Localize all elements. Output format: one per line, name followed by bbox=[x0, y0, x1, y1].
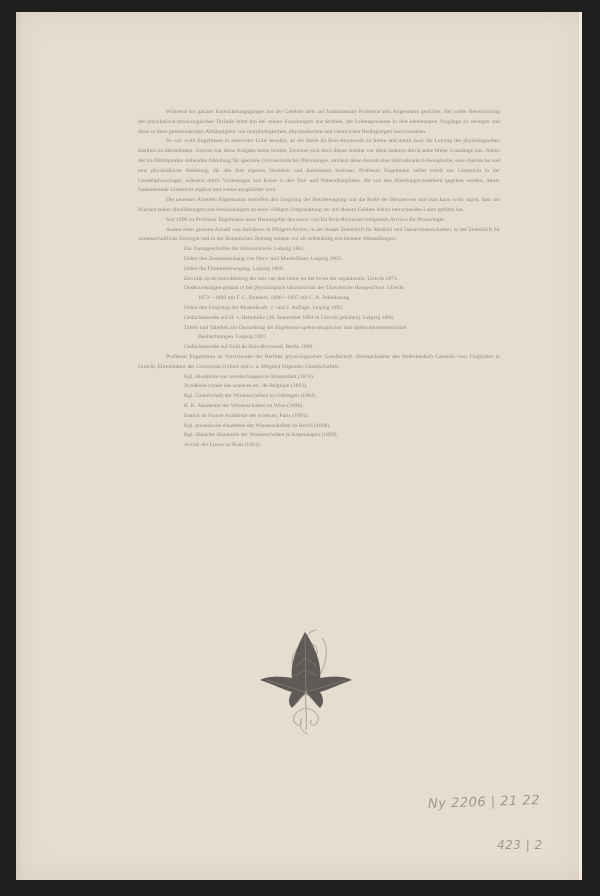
paragraph: Professor Engelmann ist Vorsitzender der… bbox=[138, 353, 500, 373]
paragraph: Ausser einer grossen Anzahl von Aufsätze… bbox=[138, 226, 500, 246]
body-text: Während des ganzen Entwickelungsganges h… bbox=[138, 108, 500, 451]
society-item: Kgl. Gesellschaft der Wissenschaften zu … bbox=[138, 392, 500, 402]
publication-item: Ueber den Zusammenhang von Nerv- und Mus… bbox=[138, 255, 500, 265]
publication-item: Gedächtnisrede auf Emil du Bois-Reymond.… bbox=[138, 343, 500, 353]
publications-list: Zur Naturgeschichte der Infusionstiere. … bbox=[138, 245, 500, 353]
paragraph: Seit 1898 ist Professor Engelmann auch H… bbox=[138, 216, 500, 226]
document-page: Während des ganzen Entwickelungsganges h… bbox=[16, 12, 582, 880]
society-item: Académie royale des sciences etc. de Bel… bbox=[138, 382, 500, 392]
publication-item: Zur Naturgeschichte der Infusionstiere. … bbox=[138, 245, 500, 255]
publication-item: Een blik op de ontwikkeling der leer van… bbox=[138, 275, 500, 285]
societies-list: Kgl. Akademie van wetenschappen te Amste… bbox=[138, 373, 500, 451]
publication-item: Onderzoekingen gedaan in het physiologis… bbox=[138, 284, 500, 304]
handwritten-page-number: 423 | 2 bbox=[497, 838, 543, 852]
publication-item: Ueber den Ursprung der Muskelkraft. 1. u… bbox=[138, 304, 500, 314]
society-item: K. K. Akademie der Wissenschaften zu Wie… bbox=[138, 402, 500, 412]
paragraph: Während des ganzen Entwickelungsganges h… bbox=[138, 108, 500, 137]
publication-item: Gedächtnisrede auf H. v. Helmholtz (28. … bbox=[138, 314, 500, 324]
society-item: Kgl. Akademie van wetenschappen te Amste… bbox=[138, 373, 500, 383]
society-item: Kgl. dänische Akademie der Wissenschafte… bbox=[138, 431, 500, 441]
publication-item: Ueber die Flimmerbewegung. Leipzig 1868. bbox=[138, 265, 500, 275]
publication-item: Tafeln und Tabellen zur Darstellung der … bbox=[138, 324, 500, 344]
paragraph: Die neuesten Arbeiten Engelmanns betreff… bbox=[138, 196, 500, 216]
society-item: Institut de France Académie des sciences… bbox=[138, 412, 500, 422]
society-item: Kgl. preussische Akademie der Wissenscha… bbox=[138, 422, 500, 432]
paragraph: So war wohl Engelmann in allererster Lin… bbox=[138, 137, 500, 196]
ivy-leaf-vignette-icon bbox=[246, 618, 366, 738]
society-item: Accad. dei Lincei zu Rom (1901). bbox=[138, 441, 500, 451]
